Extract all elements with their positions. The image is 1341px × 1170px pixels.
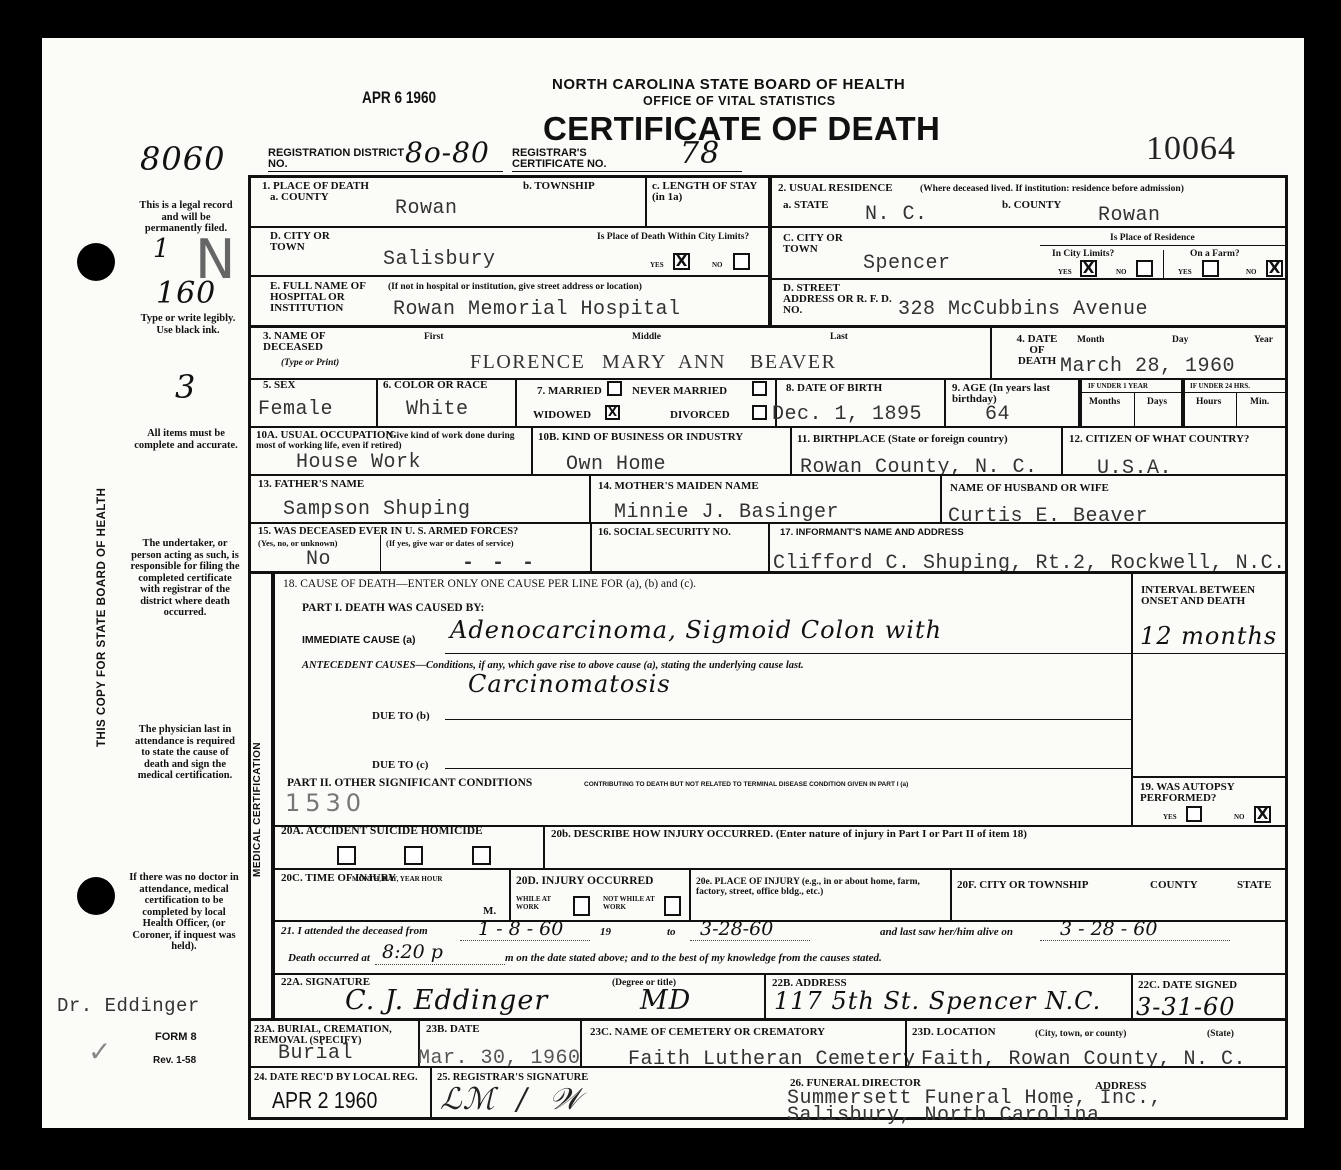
name-of-deceased-label: 3. NAME OF DECEASED: [263, 331, 353, 353]
last-label: Last: [830, 332, 848, 342]
punch-hole: [77, 877, 115, 915]
name-hint: (Type or Print): [281, 358, 339, 368]
margin-handwritten-number: 8060: [140, 140, 225, 178]
attended-to-value: 3-28-60: [700, 918, 773, 940]
date-signed-label: 22c. DATE SIGNED: [1138, 980, 1237, 991]
last-saw-label: and last saw her/him alive on: [880, 926, 1013, 938]
married-checkbox[interactable]: [607, 381, 622, 396]
place-of-injury-label: 20e. PLACE OF INJURY (e.g., in or about …: [696, 877, 946, 897]
county-label: a. COUNTY: [270, 192, 329, 203]
registration-district-value: 8o-80: [405, 136, 490, 169]
residence-county-label: b. COUNTY: [1002, 200, 1061, 211]
hospital-label: e. FULL NAME OF HOSPITAL OR INSTITUTION: [270, 281, 390, 314]
attended-label: 21. I attended the deceased from: [281, 925, 428, 937]
interval-value: 12 months: [1140, 622, 1277, 650]
margin-note-undertaker: The undertaker, or person acting as such…: [130, 538, 240, 619]
registrar-certificate-value: 78: [680, 136, 720, 171]
day-label: Day: [1172, 335, 1188, 345]
punch-hole: [77, 243, 115, 281]
first-name-value: FLORENCE: [470, 351, 585, 374]
autopsy-label: 19. WAS AUTOPSY PERFORMED?: [1140, 782, 1280, 804]
location-label: 23d. LOCATION: [912, 1027, 996, 1038]
yes-label: YES: [1163, 813, 1177, 821]
citizen-value: U.S.A.: [1097, 457, 1172, 480]
race-label: 6. COLOR OR RACE: [383, 380, 488, 391]
last-name-value: BEAVER: [750, 351, 836, 374]
race-value: White: [406, 398, 469, 421]
divorced-label: DIVORCED: [670, 410, 730, 421]
location-state-hint: (State): [1207, 1029, 1234, 1039]
death-time-value: 8:20 p: [382, 941, 443, 963]
mother-value: Minnie J. Basinger: [614, 501, 839, 524]
cause-of-death-header: 18. CAUSE OF DEATH—ENTER ONLY ONE CAUSE …: [283, 578, 696, 590]
injury-state-label: STATE: [1237, 880, 1271, 891]
antecedent-cause-value: Carcinomatosis: [468, 670, 671, 698]
date-of-death-value: March 28, 1960: [1060, 355, 1235, 378]
service-hint: (If yes, give war or dates of service): [386, 538, 514, 548]
not-while-at-work-label: NOT WHILE AT WORK: [603, 895, 661, 911]
margin-handwritten-160: 160: [156, 276, 216, 311]
immediate-cause-value: Adenocarcinoma, Sigmoid Colon with: [450, 616, 942, 644]
under-24-hours-label: IF UNDER 24 HRS.: [1190, 382, 1250, 390]
middle-name-value: MARY ANN: [602, 351, 726, 374]
usual-residence-label: 2. USUAL RESIDENCE: [778, 183, 893, 194]
injury-county-label: COUNTY: [1150, 880, 1198, 891]
age-value: 64: [985, 403, 1010, 426]
armed-forces-hint: (Yes, no, or unknown): [258, 538, 337, 548]
mother-label: 14. MOTHER'S MAIDEN NAME: [598, 481, 759, 492]
sex-label: 5. SEX: [263, 380, 295, 391]
never-married-checkbox[interactable]: [752, 381, 767, 396]
form-revision: Rev. 1-58: [153, 1055, 196, 1066]
margin-typed-physician-name: Dr. Eddinger: [57, 995, 200, 1017]
armed-forces-value: No: [306, 548, 331, 571]
minutes-label: Min.: [1250, 397, 1269, 407]
no-label: NO: [1234, 813, 1245, 821]
autopsy-no-checkbox[interactable]: X: [1254, 806, 1271, 823]
part-2-label: PART II. OTHER SIGNIFICANT CONDITIONS: [287, 778, 532, 789]
death-city-value: Salisbury: [383, 248, 496, 271]
suicide-checkbox[interactable]: [404, 846, 423, 865]
physician-degree: MD: [640, 985, 691, 1016]
no-label: NO: [1116, 268, 1127, 276]
margin-handwritten-1: 1: [153, 234, 171, 264]
residence-city-label: c. CITY OR TOWN: [783, 233, 843, 255]
within-limits-yes-checkbox[interactable]: X: [673, 253, 690, 270]
city-label: d. CITY OR TOWN: [270, 231, 330, 253]
interval-label: INTERVAL BETWEEN ONSET AND DEATH: [1141, 585, 1286, 607]
widowed-label: WIDOWED: [533, 410, 591, 421]
registration-district-label: REGISTRATION DISTRICT NO.: [268, 148, 408, 170]
industry-label: 10b. KIND OF BUSINESS OR INDUSTRY: [538, 432, 743, 443]
length-of-stay-label: c. LENGTH OF STAY (in 1a): [652, 181, 762, 203]
year-label: Year: [1254, 335, 1273, 345]
physician-address-value: 117 5th St. Spencer N.C.: [774, 987, 1101, 1015]
ssn-label: 16. SOCIAL SECURITY NO.: [598, 527, 731, 538]
in-city-yes-checkbox[interactable]: X: [1080, 260, 1097, 277]
registrar-signature: ℒℳ / 𝒲: [440, 1082, 581, 1117]
farm-yes-checkbox[interactable]: [1202, 260, 1219, 277]
part-1-label: PART I. DEATH WAS CAUSED BY:: [302, 603, 484, 614]
margin-note-no-doctor: If there was no doctor in attendance, me…: [128, 872, 240, 953]
registrar-certificate-label: REGISTRAR'S CERTIFICATE NO.: [512, 148, 652, 170]
middle-label: Middle: [632, 332, 661, 342]
yes-label: YES: [650, 261, 664, 269]
residence-state-value: N. C.: [865, 203, 928, 226]
injury-city-township-label: 20f. CITY OR TOWNSHIP: [957, 880, 1088, 891]
is-place-of-residence-label: Is Place of Residence: [1110, 233, 1195, 243]
residence-county-value: Rowan: [1098, 204, 1161, 227]
margin-note-type: Type or write legibly. Use black ink.: [138, 313, 238, 336]
within-city-limits-label: Is Place of Death Within City Limits?: [597, 232, 765, 242]
in-city-limits-label: In City Limits?: [1052, 249, 1114, 259]
within-limits-no-checkbox[interactable]: [733, 253, 750, 270]
while-at-work-label: WHILE AT WORK: [516, 895, 571, 911]
month-label: Month: [1077, 335, 1104, 345]
yes-label: YES: [1058, 268, 1072, 276]
under-1-year-label: IF UNDER 1 YEAR: [1088, 382, 1148, 390]
on-farm-label: On a Farm?: [1190, 249, 1240, 259]
spouse-value: Curtis E. Beaver: [948, 505, 1148, 528]
death-occurred-suffix: m on the date stated above; and to the b…: [505, 952, 882, 964]
injury-occurred-label: 20d. INJURY OCCURRED: [516, 876, 654, 887]
margin-note-complete: All items must be complete and accurate.: [132, 428, 240, 451]
death-occurred-label: Death occurred at: [288, 952, 370, 964]
spouse-label: NAME OF HUSBAND OR WIFE: [950, 483, 1109, 494]
attended-from-value: 1 - 8 - 60: [478, 918, 563, 940]
year-prefix-label: 19: [600, 926, 611, 938]
months-label: Months: [1089, 397, 1120, 407]
father-value: Sampson Shuping: [283, 498, 471, 521]
last-saw-value: 3 - 28 - 60: [1060, 918, 1157, 940]
immediate-cause-label: IMMEDIATE CAUSE (a): [302, 634, 416, 646]
in-city-no-checkbox[interactable]: [1136, 260, 1153, 277]
citizen-label: 12. CITIZEN OF WHAT COUNTRY?: [1069, 434, 1249, 445]
check-mark-icon: ✓: [88, 1035, 111, 1068]
agency-name: NORTH CAROLINA STATE BOARD OF HEALTH: [552, 76, 905, 93]
date-of-birth-value: Dec. 1, 1895: [772, 403, 922, 426]
file-number: 10064: [1146, 130, 1236, 168]
disposition-value: Burial: [278, 1042, 353, 1065]
medical-certification-label: MEDICAL CERTIFICATION: [252, 742, 263, 877]
margin-handwritten-3: 3: [175, 368, 196, 406]
married-label: 7. MARRIED: [537, 386, 602, 397]
age-label: 9. AGE (In years last birthday): [952, 383, 1077, 405]
street-address-value: 328 McCubbins Avenue: [898, 298, 1148, 321]
injury-description-label: 20b. DESCRIBE HOW INJURY OCCURRED. (Ente…: [551, 829, 1027, 840]
due-to-b-label: DUE TO (b): [372, 711, 430, 722]
while-at-work-checkbox[interactable]: [573, 896, 590, 916]
document-title: CERTIFICATE OF DEATH: [543, 110, 940, 148]
date-of-death-label: 4. DATE OF DEATH: [1013, 334, 1061, 367]
no-label: NO: [1246, 268, 1257, 276]
armed-forces-label: 15. WAS DECEASED EVER IN U. S. ARMED FOR…: [258, 526, 518, 537]
date-of-birth-label: 8. DATE OF BIRTH: [786, 383, 882, 394]
accident-checkbox[interactable]: [337, 846, 356, 865]
time-m-label: M.: [483, 906, 496, 917]
first-label: First: [424, 332, 444, 342]
no-label: NO: [712, 261, 723, 269]
occupation-hint: (Give kind of work done during most of w…: [256, 431, 526, 451]
informant-label: 17. INFORMANT'S NAME AND ADDRESS: [780, 527, 964, 538]
time-of-injury-hint: MONTH, DAY, YEAR HOUR: [352, 875, 442, 883]
homicide-checkbox[interactable]: [472, 846, 491, 865]
funeral-director-line-2: Salisbury, North Carolina: [787, 1104, 1100, 1127]
not-while-at-work-checkbox[interactable]: [664, 896, 681, 916]
received-stamp: APR 6 1960: [362, 88, 436, 108]
usual-residence-hint: (Where deceased lived. If institution: r…: [920, 184, 1285, 194]
to-label: to: [667, 926, 676, 938]
hospital-value: Rowan Memorial Hospital: [393, 298, 681, 321]
days-label: Days: [1147, 397, 1167, 407]
form-number: FORM 8: [155, 1031, 197, 1043]
divorced-checkbox[interactable]: [752, 405, 767, 420]
township-label: b. TOWNSHIP: [523, 181, 595, 192]
cemetery-label: 23c. NAME OF CEMETERY OR CREMATORY: [590, 1027, 825, 1038]
location-hint: (City, town, or county): [1035, 1029, 1126, 1039]
physician-signature: C. J. Eddinger: [345, 985, 548, 1016]
street-address-label: d. STREET ADDRESS or R. F. D. NO.: [783, 283, 893, 316]
date-received-label: 24. DATE REC'D BY LOCAL REG.: [254, 1072, 429, 1083]
date-received-stamp: APR 2 1960: [272, 1087, 377, 1114]
copy-for-state-board-label: THIS COPY FOR STATE BOARD OF HEALTH: [96, 488, 108, 747]
residence-city-value: Spencer: [863, 252, 951, 275]
farm-no-checkbox[interactable]: X: [1266, 260, 1283, 277]
hours-label: Hours: [1196, 397, 1221, 407]
father-label: 13. FATHER'S NAME: [258, 479, 364, 490]
widowed-checkbox[interactable]: X: [605, 405, 620, 420]
never-married-label: NEVER MARRIED: [632, 386, 727, 397]
occupation-value: House Work: [296, 451, 421, 474]
hospital-hint: (If not in hospital or institution, give…: [388, 282, 768, 292]
date-signed-value: 3-31-60: [1136, 993, 1236, 1021]
death-county-value: Rowan: [395, 197, 458, 220]
part-2-hint: CONTRIBUTING TO DEATH BUT NOT RELATED TO…: [584, 781, 908, 788]
sex-value: Female: [258, 398, 333, 421]
part-2-value: 1530: [285, 789, 366, 817]
burial-date-label: 23b. DATE: [426, 1024, 480, 1035]
state-label: a. STATE: [783, 200, 828, 211]
autopsy-yes-checkbox[interactable]: [1186, 806, 1202, 822]
office-name: OFFICE OF VITAL STATISTICS: [643, 94, 836, 108]
yes-label: YES: [1178, 268, 1192, 276]
margin-note-physician: The physician last in attendance is requ…: [130, 724, 240, 782]
due-to-c-label: DUE TO (c): [372, 760, 428, 771]
industry-value: Own Home: [566, 453, 666, 476]
birthplace-label: 11. BIRTHPLACE (State or foreign country…: [797, 434, 1008, 445]
accident-suicide-homicide-label: 20a. ACCIDENT SUICIDE HOMICIDE: [281, 826, 483, 837]
